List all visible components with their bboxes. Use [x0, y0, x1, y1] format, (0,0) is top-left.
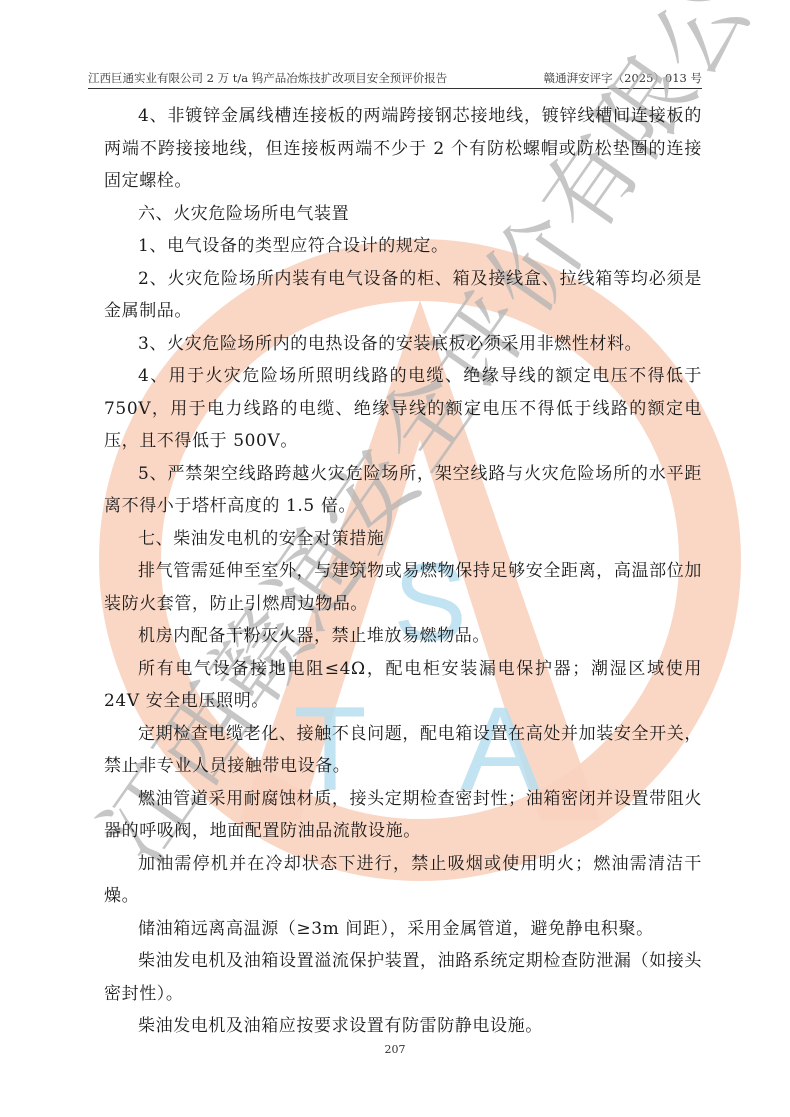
- paragraph: 加油需停机并在冷却状态下进行，禁止吸烟或使用明火；燃油需清洁干燥。: [104, 848, 702, 913]
- header-report-title: 江西巨通实业有限公司 2 万 t/a 钨产品冶炼技扩改项目安全预评价报告: [88, 70, 447, 86]
- paragraph: 4、用于火灾危险场所照明线路的电缆、绝缘导线的额定电压不得低于750V，用于电力…: [104, 360, 702, 458]
- paragraph: 5、严禁架空线路跨越火灾危险场所，架空线路与火灾危险场所的水平距离不得小于塔杆高…: [104, 458, 702, 523]
- paragraph: 1、电气设备的类型应符合设计的规定。: [104, 230, 702, 263]
- header-doc-number: 赣通湃安评字（2025）013 号: [544, 70, 702, 86]
- page-header: 江西巨通实业有限公司 2 万 t/a 钨产品冶炼技扩改项目安全预评价报告 赣通湃…: [88, 68, 702, 89]
- paragraph: 柴油发电机及油箱设置溢流保护装置，油路系统定期检查防泄漏（如接头密封性）。: [104, 945, 702, 1010]
- paragraph: 4、非镀锌金属线槽连接板的两端跨接钢芯接地线，镀锌线槽间连接板的两端不跨接接地线…: [104, 100, 702, 198]
- paragraph: 柴油发电机及油箱应按要求设置有防雷防静电设施。: [104, 1010, 702, 1043]
- paragraph: 排气管需延伸至室外，与建筑物或易燃物保持足够安全距离，高温部位加装防火套管，防止…: [104, 555, 702, 620]
- paragraph: 所有电气设备接地电阻≤4Ω，配电柜安装漏电保护器；潮湿区域使用24V 安全电压照…: [104, 653, 702, 718]
- paragraph: 定期检查电缆老化、接触不良问题，配电箱设置在高处并加装安全开关，禁止非专业人员接…: [104, 718, 702, 783]
- page-number: 207: [0, 1043, 790, 1056]
- document-page: 江西巨通实业有限公司 2 万 t/a 钨产品冶炼技扩改项目安全预评价报告 赣通湃…: [0, 0, 790, 1117]
- paragraph: 储油箱远离高温源（≥3m 间距），采用金属管道，避免静电积聚。: [104, 913, 702, 946]
- section-heading: 六、火灾危险场所电气装置: [104, 198, 702, 231]
- document-body: 4、非镀锌金属线槽连接板的两端跨接钢芯接地线，镀锌线槽间连接板的两端不跨接接地线…: [104, 100, 702, 1043]
- paragraph: 机房内配备干粉灭火器，禁止堆放易燃物品。: [104, 620, 702, 653]
- paragraph: 2、火灾危险场所内装有电气设备的柜、箱及接线盒、拉线箱等均必须是金属制品。: [104, 263, 702, 328]
- paragraph: 燃油管道采用耐腐蚀材质，接头定期检查密封性；油箱密闭并设置带阻火器的呼吸阀，地面…: [104, 783, 702, 848]
- section-heading: 七、柴油发电机的安全对策措施: [104, 523, 702, 556]
- paragraph: 3、火灾危险场所内的电热设备的安装底板必须采用非燃性材料。: [104, 328, 702, 361]
